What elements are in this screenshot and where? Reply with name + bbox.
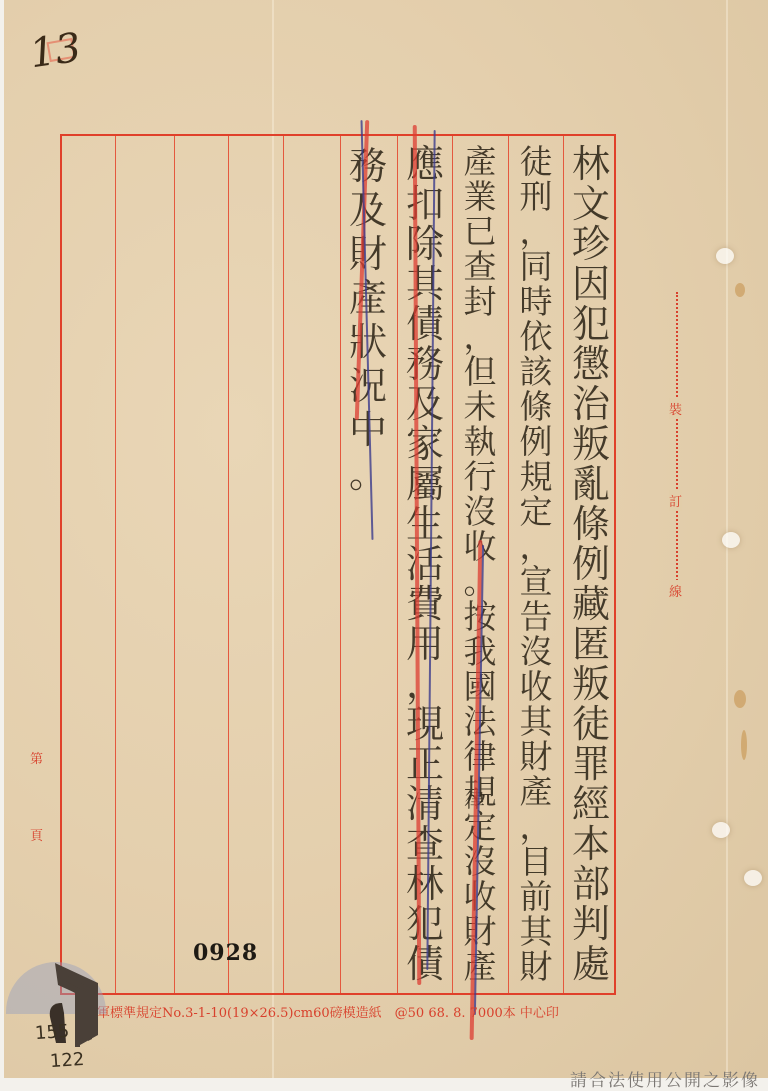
text-column-2: 徒刑，同時依該條例規定，宣告沒收其財產，目前其財 (509, 144, 563, 984)
handwritten-char: 匿 (572, 624, 610, 664)
handwritten-char: 產 (464, 144, 497, 179)
handwritten-char: 行 (464, 459, 497, 494)
handwritten-char: 罪 (572, 744, 610, 784)
handwritten-char: ， (406, 664, 444, 704)
handwritten-char: 扣 (406, 184, 444, 224)
column-rule (283, 136, 284, 993)
handwritten-char: 收 (464, 879, 497, 914)
handwritten-char: 應 (406, 144, 444, 184)
handwritten-char: 活 (406, 544, 444, 584)
handwritten-char: 產 (349, 276, 387, 320)
handwritten-char: 規 (520, 459, 553, 494)
handwritten-page-number: 13 (27, 25, 84, 78)
handwritten-char: 犯 (406, 904, 444, 944)
handwritten-char: 部 (572, 864, 610, 904)
handwritten-char: 生 (406, 504, 444, 544)
handwritten-char: 及 (349, 188, 387, 232)
text-column-4: 應扣除其債務及家屬生活費用，現正清查林犯債 (398, 144, 452, 984)
handwritten-char: 時 (520, 284, 553, 319)
staple-hole (744, 870, 762, 886)
handwritten-char: ， (464, 319, 497, 354)
handwritten-char: 宣 (520, 564, 553, 599)
handwritten-char: 財 (464, 914, 497, 949)
handwritten-char: 文 (572, 184, 610, 224)
form-footer-print: 國軍標準規定No.3-1-10(19×26.5)cm60磅模造紙 @50 68.… (84, 1002, 559, 1021)
staple-hole (712, 822, 730, 838)
handwritten-char: ， (520, 214, 553, 249)
handwritten-char: 徒 (572, 704, 610, 744)
handwritten-char: 家 (406, 424, 444, 464)
handwritten-char: 告 (520, 599, 553, 634)
binding-label-xian: 線 (669, 580, 682, 601)
handwritten-char: 其 (406, 264, 444, 304)
handwritten-char: 條 (520, 389, 553, 424)
handwritten-char: 例 (572, 544, 610, 584)
handwritten-char: 該 (520, 354, 553, 389)
handwritten-char: 定 (464, 809, 497, 844)
handwritten-char: 產 (464, 949, 497, 984)
handwritten-char: 清 (406, 784, 444, 824)
handwritten-note: 122 (49, 1049, 85, 1072)
handwritten-char: 未 (464, 389, 497, 424)
handwritten-char: 現 (406, 704, 444, 744)
handwritten-char: 封 (464, 284, 497, 319)
handwritten-char: 依 (520, 319, 553, 354)
handwritten-char: 叛 (572, 424, 610, 464)
handwritten-char: 藏 (572, 584, 610, 624)
handwritten-char: 及 (406, 384, 444, 424)
handwritten-char: 已 (464, 214, 497, 249)
handwritten-char: 目 (520, 844, 553, 879)
rust-stain (734, 690, 746, 708)
handwritten-char: 沒 (464, 844, 497, 879)
serial-number: 0928 (193, 940, 258, 966)
handwritten-char: ， (520, 809, 553, 844)
handwritten-note: 155 (34, 1021, 70, 1044)
handwritten-char: 條 (572, 504, 610, 544)
staple-hole (716, 248, 734, 264)
handwritten-char: 例 (520, 424, 553, 459)
handwritten-char: 叛 (572, 664, 610, 704)
rust-stain (741, 730, 747, 760)
column-rule (228, 136, 229, 993)
text-column-1: 林文珍因犯懲治叛亂條例藏匿叛徒罪經本部判處 (564, 144, 618, 984)
handwritten-char: 查 (406, 824, 444, 864)
handwritten-char: 用 (406, 624, 444, 664)
handwritten-char: 懲 (572, 344, 610, 384)
handwritten-char: 產 (520, 774, 553, 809)
handwritten-char: 財 (520, 949, 553, 984)
handwritten-char: 債 (406, 944, 444, 984)
handwritten-char: 林 (406, 864, 444, 904)
handwritten-char: 財 (349, 232, 387, 276)
handwritten-char: 其 (520, 914, 553, 949)
handwritten-char: 前 (520, 879, 553, 914)
binding-label-ding: 訂 (669, 490, 682, 511)
rust-stain (735, 283, 745, 297)
handwritten-char: 定 (520, 494, 553, 529)
handwritten-char: 收 (520, 669, 553, 704)
handwritten-char: 本 (572, 824, 610, 864)
handwritten-char: 經 (572, 784, 610, 824)
manuscript-grid: 林文珍因犯懲治叛亂條例藏匿叛徒罪經本部判處 徒刑，同時依該條例規定，宣告沒收其財… (60, 134, 616, 995)
handwritten-char: 除 (406, 224, 444, 264)
handwritten-char: 徒 (520, 144, 553, 179)
handwritten-char: 執 (464, 424, 497, 459)
handwritten-char: 刑 (520, 179, 553, 214)
handwritten-char: 查 (464, 249, 497, 284)
handwritten-char: 財 (520, 739, 553, 774)
handwritten-char: ， (520, 529, 553, 564)
handwritten-char: 處 (572, 944, 610, 984)
handwritten-char: 沒 (464, 494, 497, 529)
handwritten-char: 正 (406, 744, 444, 784)
handwritten-char: 判 (572, 904, 610, 944)
page-label-ye: 頁 (30, 825, 43, 844)
handwritten-char: 費 (406, 584, 444, 624)
handwritten-char: 業 (464, 179, 497, 214)
handwritten-char: 但 (464, 354, 497, 389)
handwritten-char: 因 (572, 264, 610, 304)
handwritten-char: 。 (349, 452, 387, 496)
column-rule (115, 136, 116, 993)
handwritten-char: 犯 (572, 304, 610, 344)
column-rule (174, 136, 175, 993)
page-label-di: 第 (30, 748, 43, 767)
handwritten-char: 治 (572, 384, 610, 424)
usage-watermark: 請合法使用公開之影像 (570, 1066, 760, 1091)
handwritten-char: 務 (406, 344, 444, 384)
handwritten-char: 林 (572, 144, 610, 184)
handwritten-char: 屬 (406, 464, 444, 504)
handwritten-char: 同 (520, 249, 553, 284)
handwritten-char: 亂 (572, 464, 610, 504)
binding-dotted-line (676, 292, 678, 592)
handwritten-char: 珍 (572, 224, 610, 264)
staple-hole (722, 532, 740, 548)
handwritten-char: 其 (520, 704, 553, 739)
binding-label-zhuang: 裝 (669, 398, 682, 419)
handwritten-char: 沒 (520, 634, 553, 669)
handwritten-char: 債 (406, 304, 444, 344)
